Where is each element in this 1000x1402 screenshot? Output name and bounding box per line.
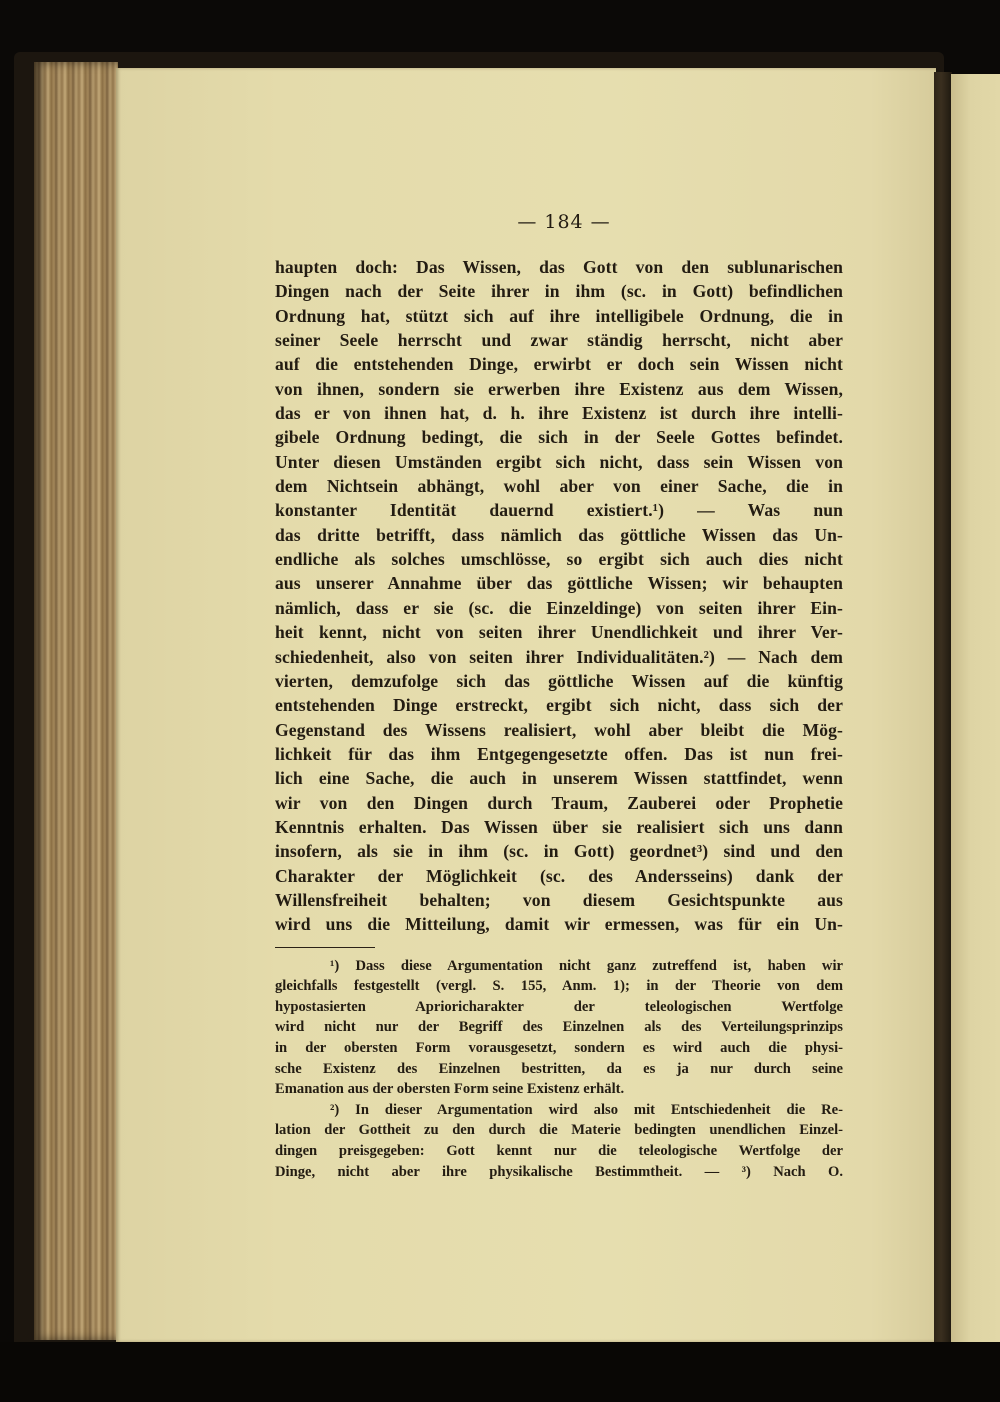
body-line: wird uns die Mitteilung, damit wir ermes… [275,912,843,936]
facing-page-sliver [951,74,1000,1342]
footnote-line: dingen preisgegeben: Gott kennt nur die … [275,1141,843,1162]
book-gutter [934,72,952,1342]
page-edge-stack [34,62,118,1340]
body-line: auf die entstehenden Dinge, erwirbt er d… [275,352,843,376]
body-line: Willensfreiheit behalten; von diesem Ges… [275,888,843,912]
body-line: insofern, als sie in ihm (sc. in Gott) g… [275,839,843,863]
body-line: gibele Ordnung bedingt, die sich in der … [275,425,843,449]
body-line: Ordnung hat, stützt sich auf ihre intell… [275,304,843,328]
body-line: Gegenstand des Wissens realisiert, wohl … [275,718,843,742]
footnote-line: in der obersten Form vorausgesetzt, sond… [275,1038,843,1059]
body-line: wir von den Dingen durch Traum, Zauberei… [275,791,843,815]
body-line: konstanter Identität dauernd existiert.¹… [275,498,843,522]
body-line: lich eine Sache, die auch in unserem Wis… [275,766,843,790]
body-line: entstehenden Dinge erstreckt, ergibt sic… [275,693,843,717]
footnote-line: gleichfalls festgestellt (vergl. S. 155,… [275,976,843,997]
footnote-line: Emanation aus der obersten Form seine Ex… [275,1079,843,1100]
footnote-line: wird nicht nur der Begriff des Einzelnen… [275,1017,843,1038]
body-line: nämlich, dass er sie (sc. die Einzelding… [275,596,843,620]
text-block: — 184 — haupten doch: Das Wissen, das Go… [275,205,843,1182]
footnote-1: ¹) Dass diese Argumentation nicht ganz z… [275,956,843,1100]
body-text: haupten doch: Das Wissen, das Gott von d… [275,255,843,937]
body-line: Charakter der Möglichkeit (sc. des Ander… [275,864,843,888]
body-line: heit kennt, nicht von seiten ihrer Unend… [275,620,843,644]
page-number: — 184 — [285,205,843,239]
body-line: Kenntnis erhalten. Das Wissen über sie r… [275,815,843,839]
body-line: vierten, demzufolge sich das göttliche W… [275,669,843,693]
body-line: dem Nichtsein abhängt, wohl aber von ein… [275,474,843,498]
footnote-line: ²) In dieser Argumentation wird also mit… [275,1100,843,1121]
body-line: haupten doch: Das Wissen, das Gott von d… [275,255,843,279]
body-line: aus unserer Annahme über das göttliche W… [275,571,843,595]
body-line: lichkeit für das ihm Entgegengesetzte of… [275,742,843,766]
scan-background-bottom [0,1342,1000,1402]
body-line: schiedenheit, also von seiten ihrer Indi… [275,645,843,669]
body-line: Dingen nach der Seite ihrer in ihm (sc. … [275,279,843,303]
footnote-line: hypostasierten Aprioricharakter der tele… [275,997,843,1018]
footnote-separator [275,947,375,948]
body-line: seiner Seele herrscht und zwar ständig h… [275,328,843,352]
footnote-line: ¹) Dass diese Argumentation nicht ganz z… [275,956,843,977]
footnote-line: Dinge, nicht aber ihre physikalische Bes… [275,1162,843,1183]
body-line: Unter diesen Umständen ergibt sich nicht… [275,450,843,474]
body-line: endliche als solches umschlösse, so ergi… [275,547,843,571]
body-line: das er von ihnen hat, d. h. ihre Existen… [275,401,843,425]
footnote-line: lation der Gottheit zu den durch die Mat… [275,1120,843,1141]
footnotes: ¹) Dass diese Argumentation nicht ganz z… [275,956,843,1183]
footnote-line: sche Existenz des Einzelnen bestritten, … [275,1059,843,1080]
body-line: das dritte betrifft, dass nämlich das gö… [275,523,843,547]
footnote-2: ²) In dieser Argumentation wird also mit… [275,1100,843,1182]
body-line: von ihnen, sondern sie erwerben ihre Exi… [275,377,843,401]
